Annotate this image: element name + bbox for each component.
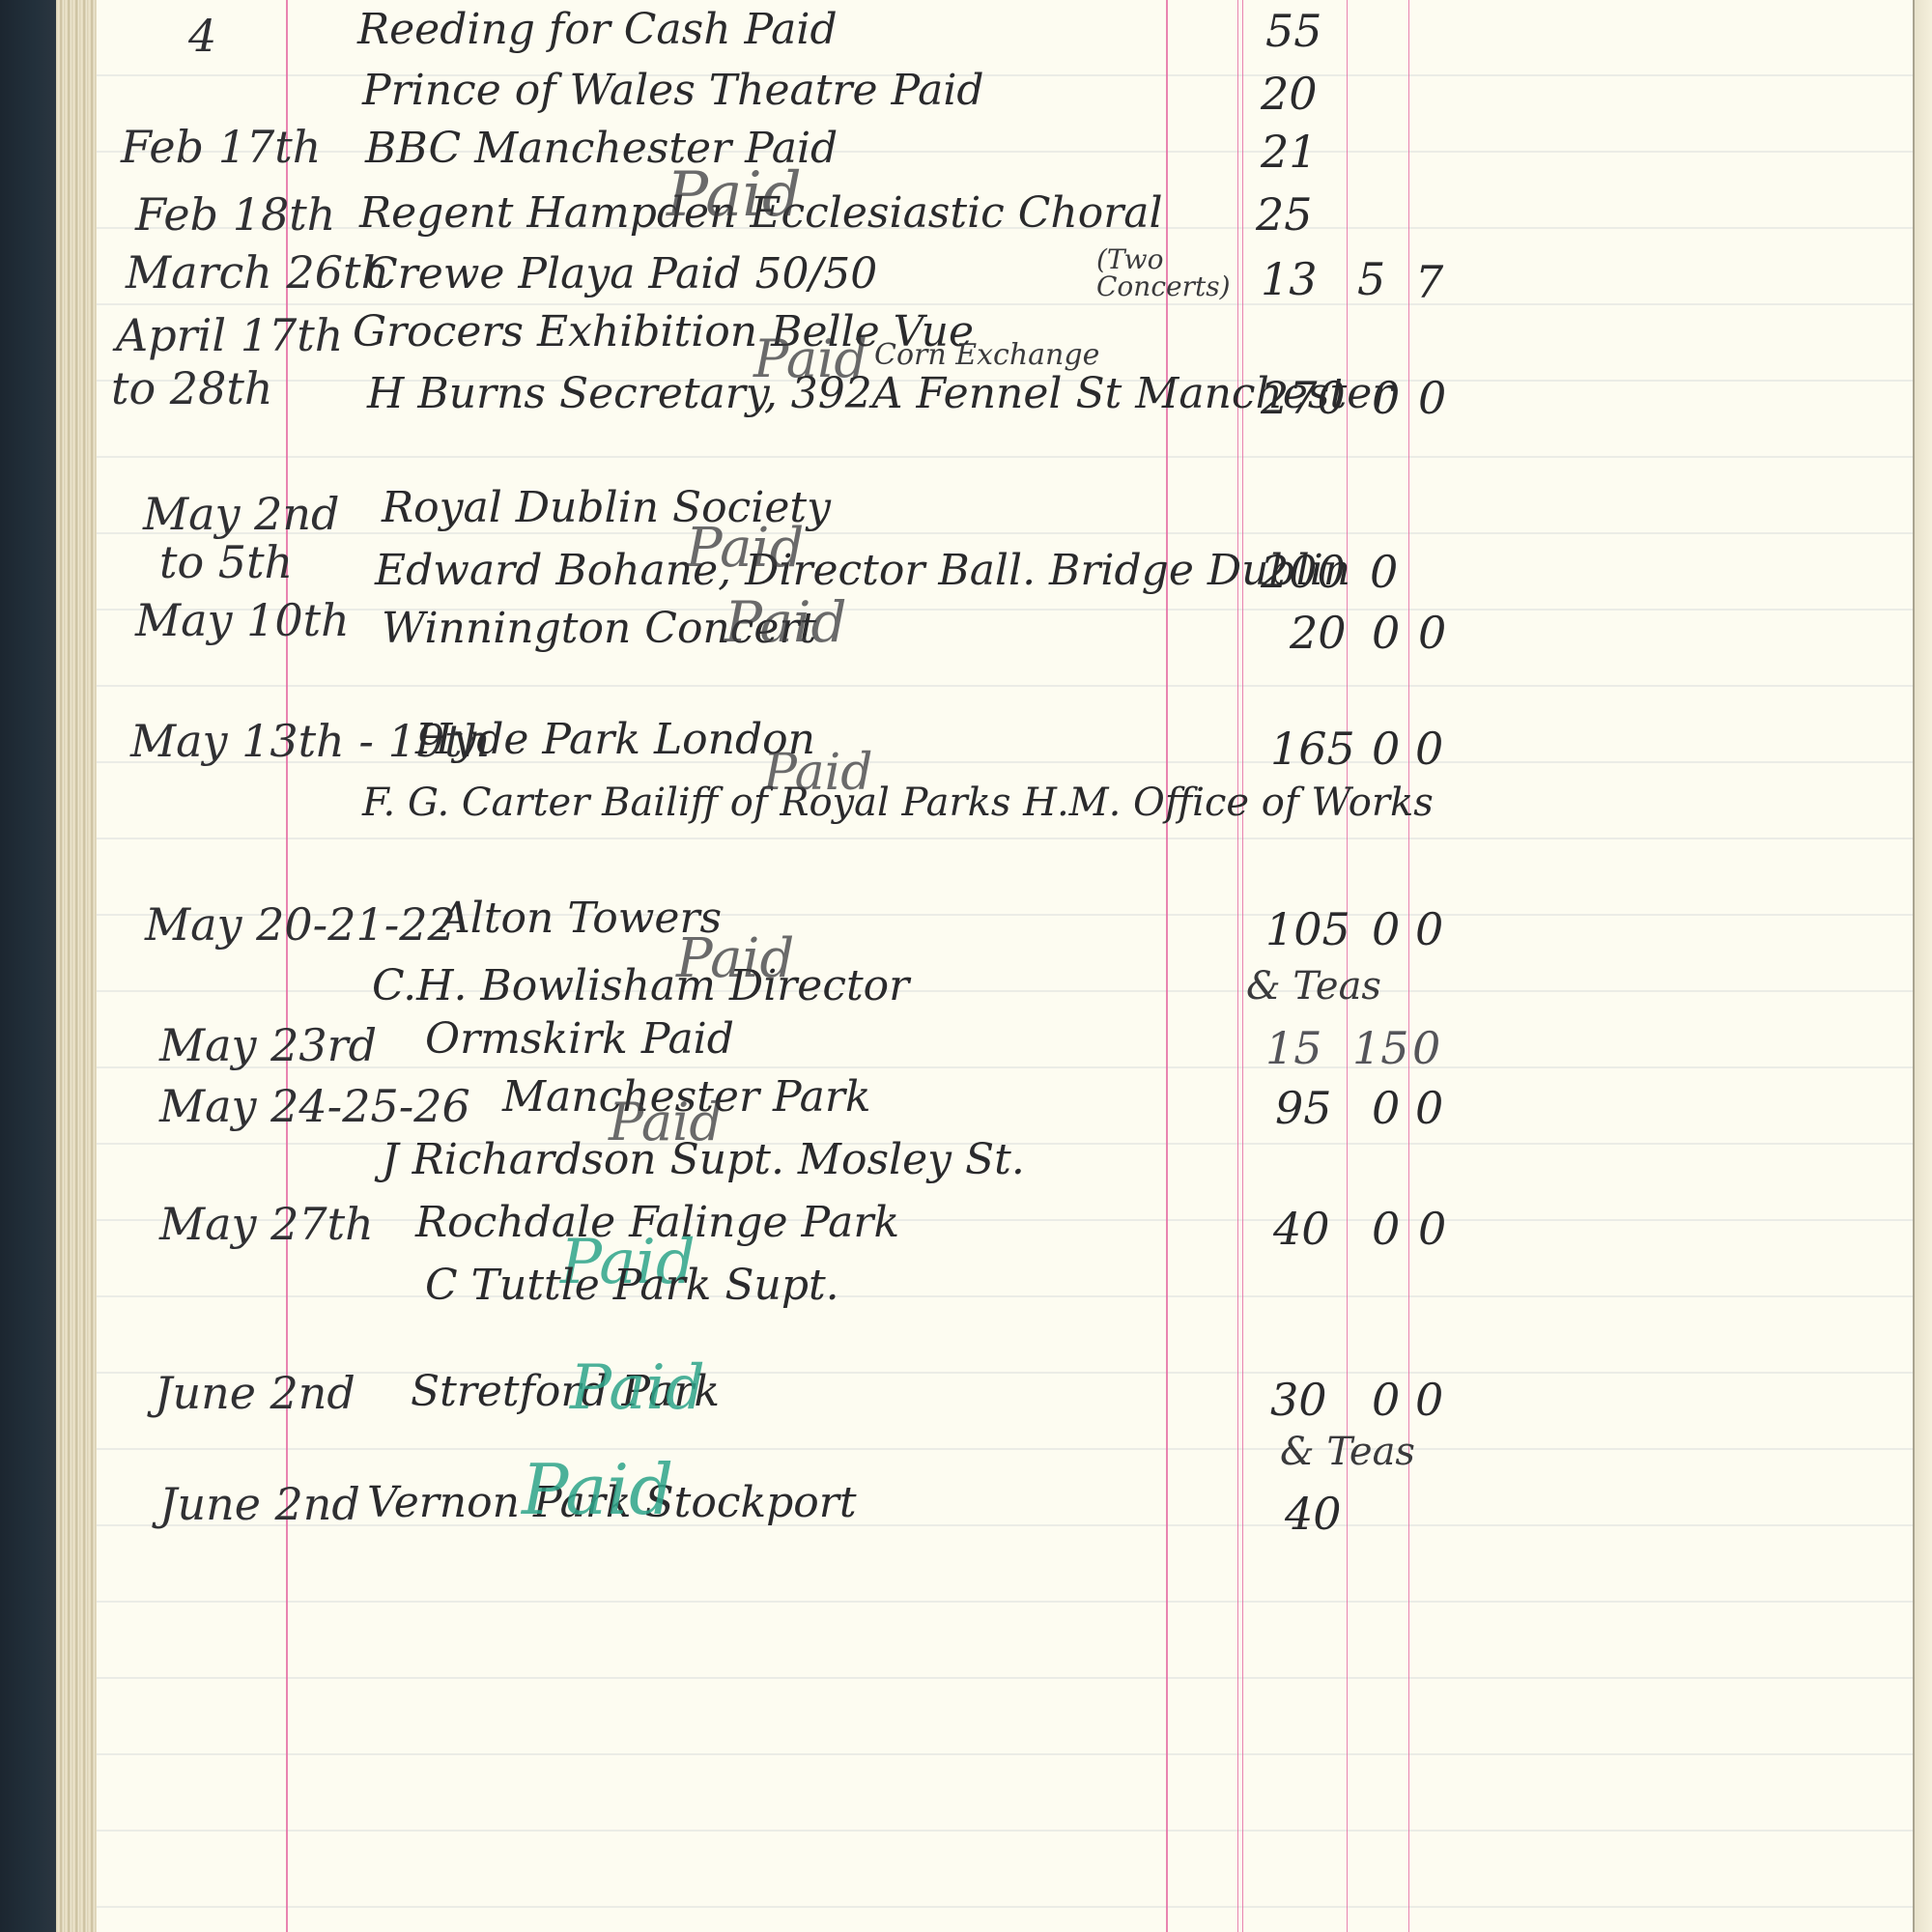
amount-pounds: 21 bbox=[1261, 126, 1318, 178]
entry-description: C.H. Bowlisham Director bbox=[372, 961, 909, 1010]
amount-pounds: 40 bbox=[1285, 1488, 1342, 1540]
amount-pounds: 20 bbox=[1261, 68, 1318, 120]
entry-description: Reeding for Cash Paid bbox=[357, 5, 838, 54]
entry-date: Feb 17th bbox=[121, 121, 321, 173]
amount-pence: 0 bbox=[1412, 1022, 1440, 1074]
amount-shillings: 0 bbox=[1370, 546, 1398, 598]
entry-description: C Tuttle Park Supt. bbox=[425, 1261, 839, 1310]
column-rule bbox=[1242, 0, 1243, 1932]
page-fold bbox=[1913, 0, 1932, 1932]
amount-pence: 0 bbox=[1415, 1082, 1443, 1134]
column-rule bbox=[1237, 0, 1238, 1932]
amount-shillings: 0 bbox=[1372, 372, 1400, 424]
amount-pounds: 20 bbox=[1290, 607, 1347, 659]
entry-date: May 10th bbox=[135, 594, 350, 646]
book-binding bbox=[0, 0, 56, 1932]
entry-description: F. G. Carter Bailiff of Royal Parks H.M.… bbox=[362, 781, 1434, 825]
entry-note: (Two Concerts) bbox=[1096, 246, 1222, 300]
entry-description: Crewe Playa Paid 50/50 bbox=[365, 249, 877, 298]
entry-date: June 2nd bbox=[155, 1367, 355, 1419]
amount-pounds: 105 bbox=[1265, 903, 1350, 955]
entry-description: J Richardson Supt. Mosley St. bbox=[382, 1135, 1025, 1184]
amount-shillings: 0 bbox=[1372, 1082, 1400, 1134]
entry-description: Edward Bohane, Director Ball. Bridge Dub… bbox=[375, 546, 1350, 595]
entry-date: March 26th bbox=[126, 246, 389, 298]
amount-pounds: 270 bbox=[1261, 372, 1346, 424]
amount-pence: 0 bbox=[1415, 723, 1443, 775]
column-rule bbox=[1408, 0, 1409, 1932]
amount-shillings: 0 bbox=[1372, 723, 1400, 775]
entry-note: & Teas bbox=[1246, 964, 1381, 1009]
amount-pounds: 40 bbox=[1273, 1203, 1330, 1255]
amount-pence: 0 bbox=[1415, 1374, 1443, 1426]
paid-mark: Paid bbox=[667, 159, 802, 231]
entry-description: Ormskirk Paid bbox=[425, 1014, 734, 1064]
amount-pounds: 95 bbox=[1275, 1082, 1332, 1134]
page-edges bbox=[56, 0, 97, 1932]
entry-note: Corn Exchange bbox=[874, 338, 1099, 372]
amount-pence: 7 bbox=[1415, 256, 1443, 308]
entry-date: May 2nd bbox=[143, 488, 339, 540]
entry-date: May 24-25-26 bbox=[159, 1080, 470, 1132]
entry-date: Feb 18th bbox=[135, 188, 335, 241]
paid-mark: Paid bbox=[724, 589, 847, 655]
amount-shillings: 0 bbox=[1372, 903, 1400, 955]
paid-mark: Paid bbox=[686, 517, 804, 580]
paid-mark: Paid bbox=[763, 744, 873, 802]
entry-date: May 20-21-22 bbox=[145, 898, 456, 951]
paid-mark: Paid bbox=[676, 927, 794, 990]
entry-note: & Teas bbox=[1280, 1430, 1415, 1474]
amount-pounds: 30 bbox=[1270, 1374, 1327, 1426]
entry-date: May 23rd bbox=[159, 1019, 377, 1071]
amount-pounds: 165 bbox=[1270, 723, 1355, 775]
entry-date: to 28th bbox=[111, 362, 272, 414]
entry-date: 4 bbox=[188, 10, 216, 62]
entry-date: April 17th bbox=[116, 309, 343, 361]
amount-shillings: 0 bbox=[1372, 1374, 1400, 1426]
amount-pounds: 13 bbox=[1261, 253, 1318, 305]
entry-date: May 27th bbox=[159, 1198, 374, 1250]
amount-pence: 0 bbox=[1415, 903, 1443, 955]
amount-pounds: 25 bbox=[1256, 188, 1313, 241]
entry-description: H Burns Secretary, 392A Fennel St Manche… bbox=[367, 369, 1392, 418]
amount-pounds: 15 bbox=[1265, 1022, 1322, 1074]
paid-mark: Paid bbox=[522, 1449, 673, 1530]
amount-shillings: 0 bbox=[1372, 1203, 1400, 1255]
entry-description: Prince of Wales Theatre Paid bbox=[362, 66, 984, 115]
amount-shillings: 15 bbox=[1352, 1022, 1409, 1074]
entry-date: to 5th bbox=[159, 536, 293, 588]
amount-shillings: 0 bbox=[1372, 607, 1400, 659]
amount-pence: 0 bbox=[1418, 372, 1446, 424]
amount-pounds: 55 bbox=[1265, 5, 1322, 57]
amount-shillings: 5 bbox=[1357, 253, 1385, 305]
amount-pounds: 200 bbox=[1261, 546, 1346, 598]
paid-mark: Paid bbox=[570, 1352, 705, 1424]
entry-description: Hyde Park London bbox=[415, 715, 815, 764]
amount-pence: 0 bbox=[1418, 1203, 1446, 1255]
entry-date: June 2nd bbox=[159, 1478, 360, 1530]
amount-pence: 0 bbox=[1418, 607, 1446, 659]
